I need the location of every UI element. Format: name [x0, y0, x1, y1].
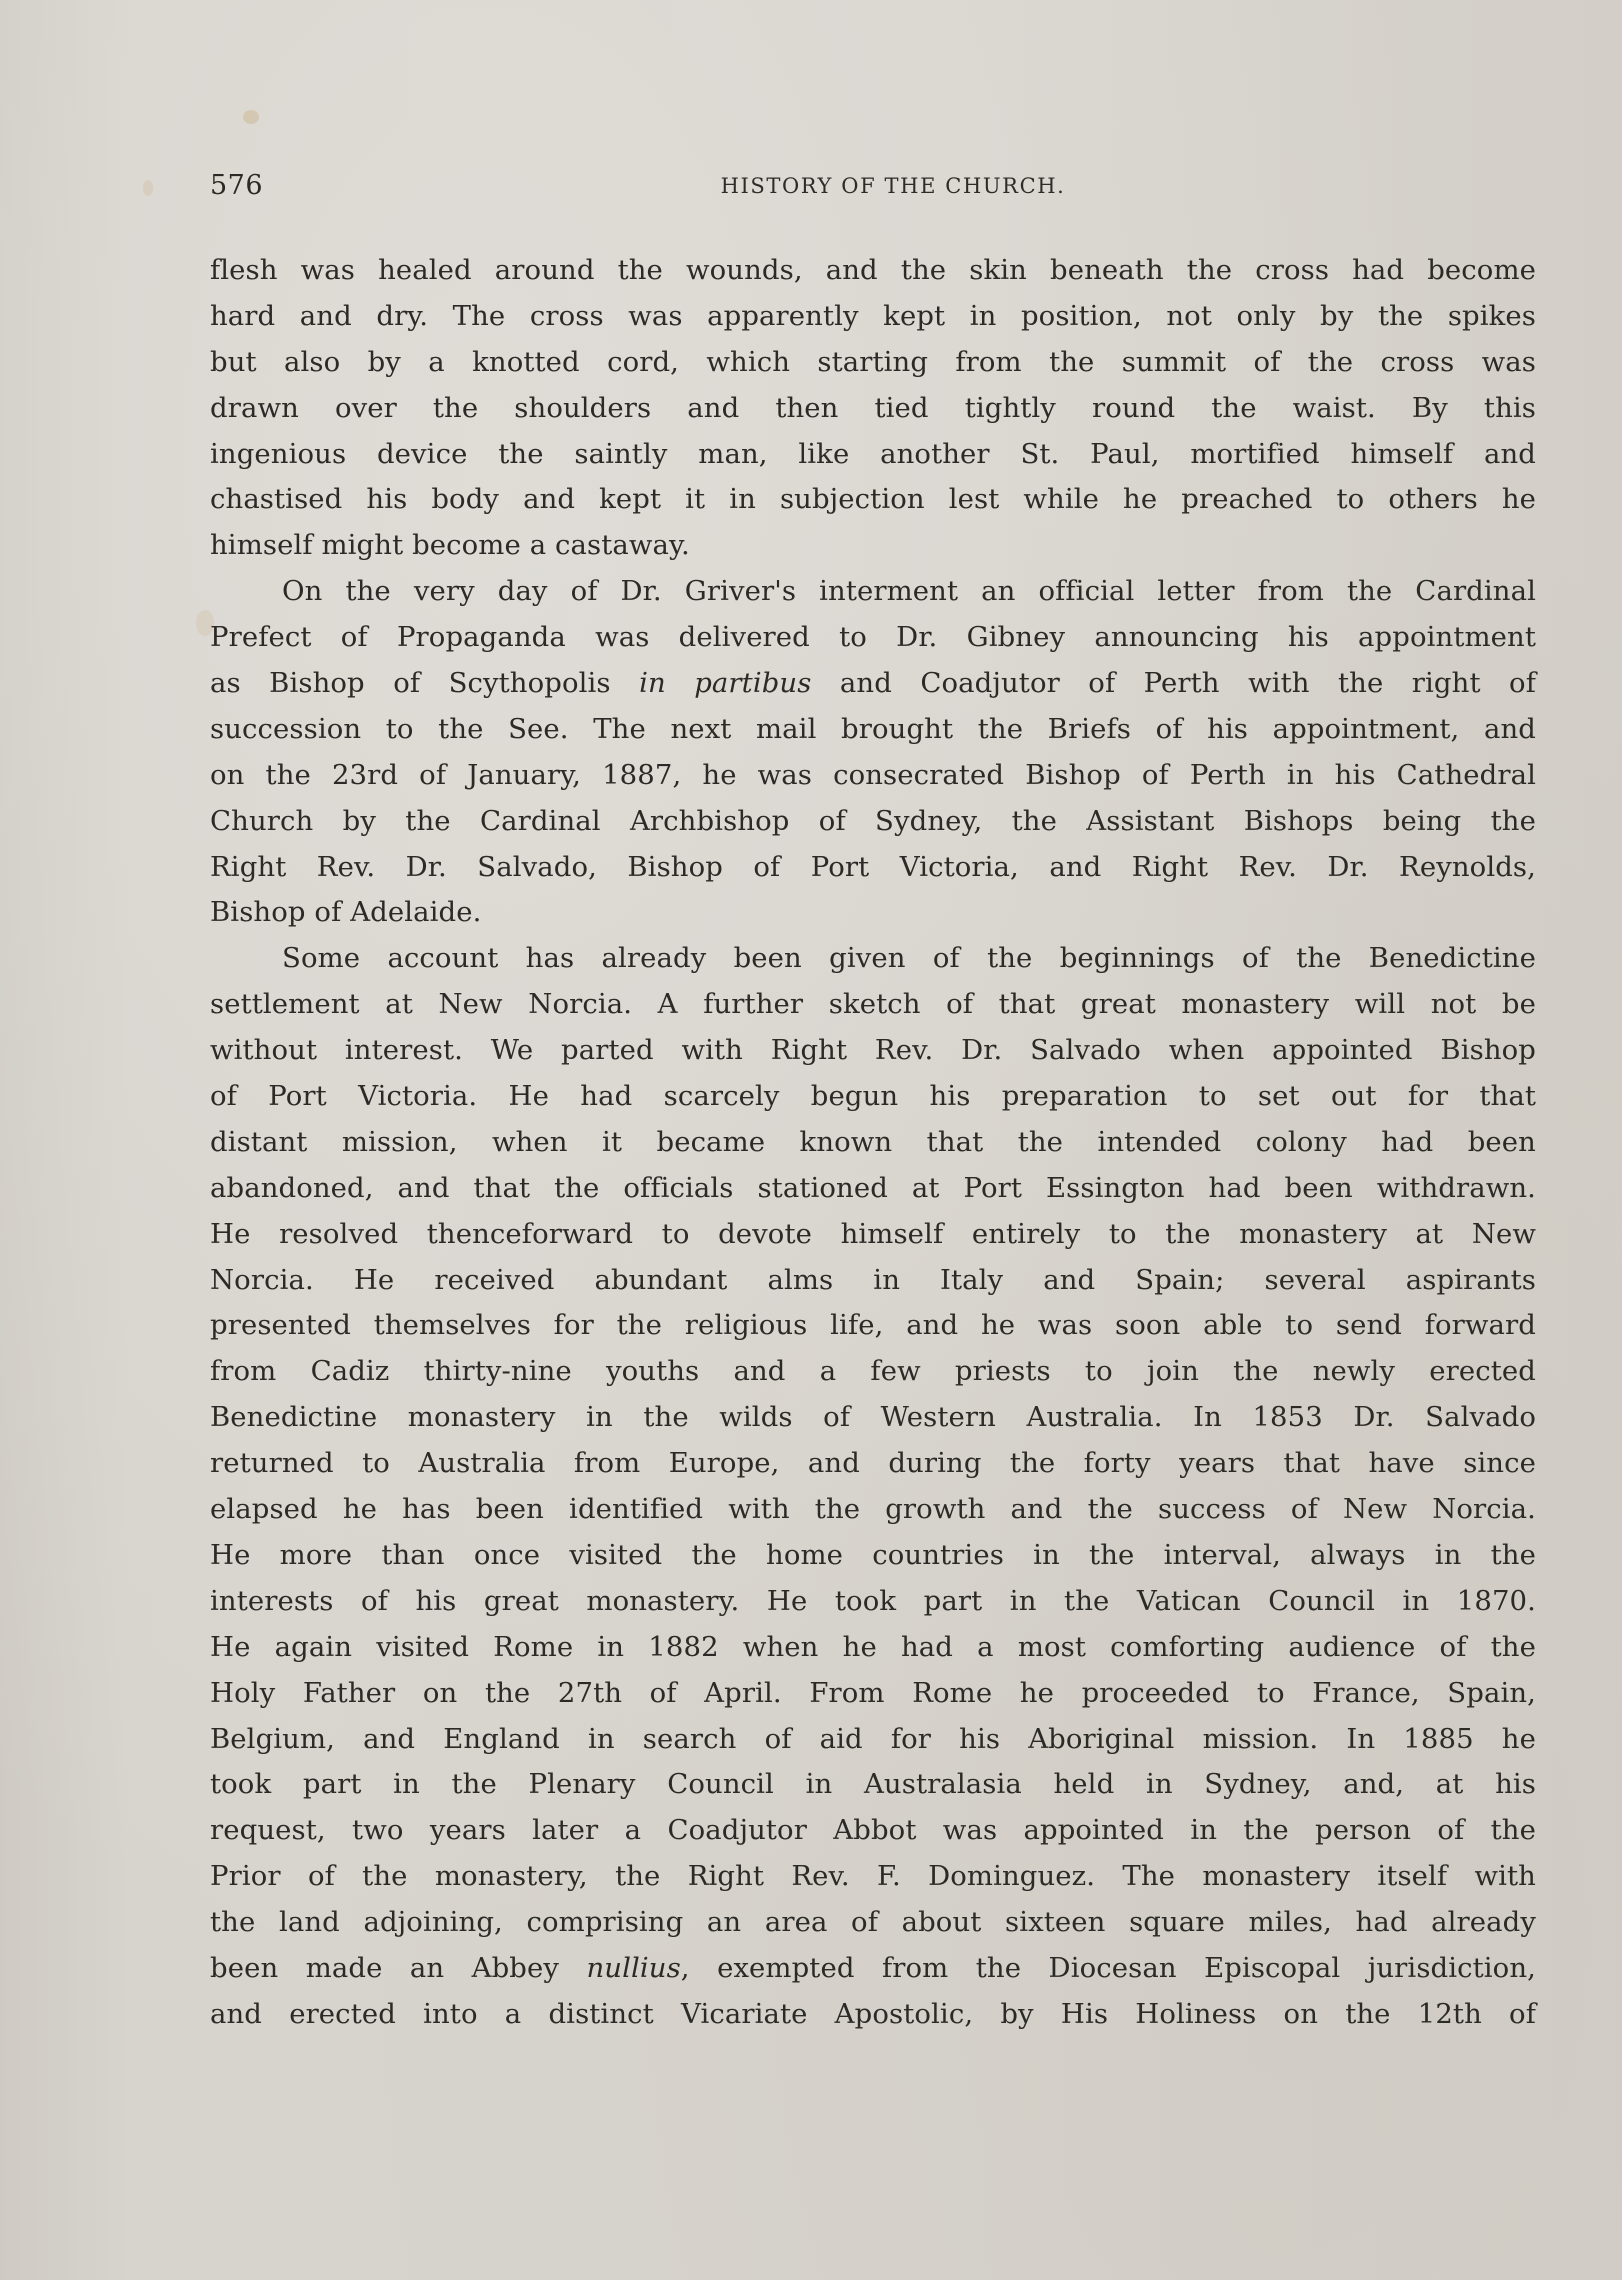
italic-term: in partibus	[639, 667, 811, 699]
text-line: Norcia. He received abundant alms in Ita…	[210, 1258, 1536, 1304]
text-line: but also by a knotted cord, which starti…	[210, 340, 1536, 386]
book-page: 576 HISTORY OF THE CHURCH. flesh was hea…	[0, 0, 1622, 2280]
text-line: Prefect of Propaganda was delivered to D…	[210, 615, 1536, 661]
text-line: took part in the Plenary Council in Aust…	[210, 1762, 1536, 1808]
text-line: succession to the See. The next mail bro…	[210, 707, 1536, 753]
text-line: He again visited Rome in 1882 when he ha…	[210, 1625, 1536, 1671]
paragraph: On the very day of Dr. Griver's intermen…	[210, 569, 1536, 936]
text-line: chastised his body and kept it in subjec…	[210, 477, 1536, 523]
text-line: distant mission, when it became known th…	[210, 1120, 1536, 1166]
text-line: on the 23rd of January, 1887, he was con…	[210, 753, 1536, 799]
paper-stain	[143, 180, 153, 196]
text-line: Right Rev. Dr. Salvado, Bishop of Port V…	[210, 845, 1536, 891]
text-run: as Bishop of Scythopolis	[210, 667, 639, 699]
text-line: Church by the Cardinal Archbishop of Syd…	[210, 799, 1536, 845]
text-line: flesh was healed around the wounds, and …	[210, 248, 1536, 294]
text-line: Belgium, and England in search of aid fo…	[210, 1717, 1536, 1763]
paper-stain	[243, 110, 259, 124]
text-line: been made an Abbey nullius, exempted fro…	[210, 1946, 1536, 1992]
text-line: Benedictine monastery in the wilds of We…	[210, 1395, 1536, 1441]
text-line: the land adjoining, comprising an area o…	[210, 1900, 1536, 1946]
text-line: himself might become a castaway.	[210, 523, 1536, 569]
italic-term: nullius	[586, 1952, 680, 1984]
text-line: He resolved thenceforward to devote hims…	[210, 1212, 1536, 1258]
paragraph: Some account has already been given of t…	[210, 936, 1536, 2037]
body-text: flesh was healed around the wounds, and …	[210, 248, 1536, 2038]
text-line: On the very day of Dr. Griver's intermen…	[210, 569, 1536, 615]
text-line: abandoned, and that the officials statio…	[210, 1166, 1536, 1212]
running-title: HISTORY OF THE CHURCH.	[210, 174, 1536, 198]
running-head: 576 HISTORY OF THE CHURCH.	[210, 170, 1536, 210]
text-line: as Bishop of Scythopolis in partibus and…	[210, 661, 1536, 707]
text-line: drawn over the shoulders and then tied t…	[210, 386, 1536, 432]
text-line: Bishop of Adelaide.	[210, 890, 1536, 936]
text-run: and Coadjutor of Perth with the right of	[811, 667, 1536, 699]
text-line: of Port Victoria. He had scarcely begun …	[210, 1074, 1536, 1120]
text-line: presented themselves for the religious l…	[210, 1303, 1536, 1349]
text-line: Holy Father on the 27th of April. From R…	[210, 1671, 1536, 1717]
text-line: hard and dry. The cross was apparently k…	[210, 294, 1536, 340]
text-line: interests of his great monastery. He too…	[210, 1579, 1536, 1625]
text-line: ingenious device the saintly man, like a…	[210, 432, 1536, 478]
text-line: Prior of the monastery, the Right Rev. F…	[210, 1854, 1536, 1900]
text-run: been made an Abbey	[210, 1952, 586, 1984]
paragraph: flesh was healed around the wounds, and …	[210, 248, 1536, 569]
text-run: , exempted from the Diocesan Episcopal j…	[681, 1952, 1536, 1984]
text-line: He more than once visited the home count…	[210, 1533, 1536, 1579]
text-line: returned to Australia from Europe, and d…	[210, 1441, 1536, 1487]
text-line: from Cadiz thirty-nine youths and a few …	[210, 1349, 1536, 1395]
text-line: without interest. We parted with Right R…	[210, 1028, 1536, 1074]
text-line: request, two years later a Coadjutor Abb…	[210, 1808, 1536, 1854]
text-line: settlement at New Norcia. A further sket…	[210, 982, 1536, 1028]
text-line: Some account has already been given of t…	[210, 936, 1536, 982]
text-line: and erected into a distinct Vicariate Ap…	[210, 1992, 1536, 2038]
text-line: elapsed he has been identified with the …	[210, 1487, 1536, 1533]
